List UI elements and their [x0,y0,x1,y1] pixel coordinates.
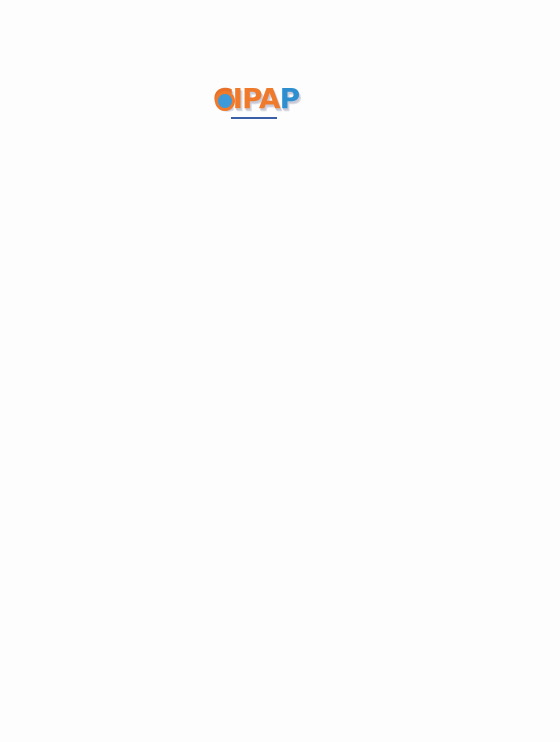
document-page: CIPAP [0,0,560,742]
logo-ring-icon [215,91,235,111]
cipap-logo: CIPAP [205,82,300,147]
logo-divider [231,117,277,119]
